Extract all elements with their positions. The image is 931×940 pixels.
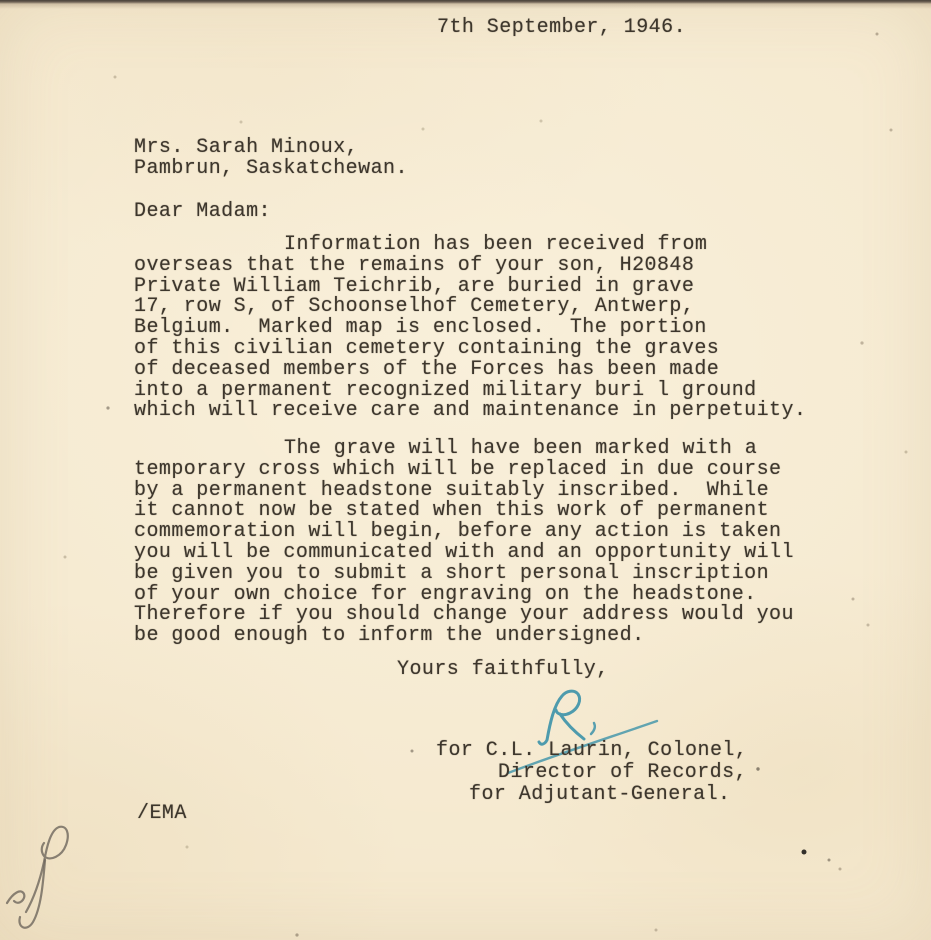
paragraph-line: be good enough to inform the undersigned… (134, 626, 794, 647)
salutation: Dear Madam: (134, 200, 271, 223)
paper-speckles (0, 0, 2, 2)
pencil-scrawl-descender (19, 860, 45, 928)
signatory-line: for C.L. Laurin, Colonel, (436, 739, 747, 762)
paragraph-line: of this civilian cemetery containing the… (134, 339, 806, 360)
recipient-address: Mrs. Sarah Minoux, Pambrun, Saskatchewan… (134, 138, 408, 180)
paragraph-line: you will be communicated with and an opp… (134, 543, 794, 564)
paragraph-line: of deceased members of the Forces has be… (134, 360, 806, 381)
paragraph-line: be given you to submit a short personal … (134, 564, 794, 585)
pencil-scrawl-loop (26, 827, 68, 912)
paragraph-2: The grave will have been marked with a t… (134, 439, 794, 647)
paragraph-line: commemoration will begin, before any act… (134, 522, 794, 543)
paragraph-line: Information has been received from (134, 235, 806, 256)
paragraph-line: overseas that the remains of your son, H… (134, 256, 806, 277)
paragraph-line: Belgium. Marked map is enclosed. The por… (134, 318, 806, 339)
letter-page: 7th September, 1946. Mrs. Sarah Minoux, … (0, 0, 931, 940)
recipient-city: Pambrun, Saskatchewan. (134, 159, 408, 180)
paragraph-line: The grave will have been marked with a (134, 439, 794, 460)
signature-initial-stroke (539, 691, 584, 744)
paragraph-line: temporary cross which will be replaced i… (134, 460, 794, 481)
signatory-title-line: Director of Records, (498, 761, 747, 784)
reference-initials: /EMA (137, 802, 187, 825)
scan-edge-shadow (0, 0, 931, 9)
recipient-name: Mrs. Sarah Minoux, (134, 138, 408, 159)
paragraph-1: Information has been received from overs… (134, 235, 806, 422)
closing-valediction: Yours faithfully, (397, 658, 609, 681)
pencil-scrawl-zigzag (7, 891, 24, 903)
paragraph-line: which will receive care and maintenance … (134, 401, 806, 422)
letter-date: 7th September, 1946. (437, 16, 686, 39)
signature-comma-stroke (591, 723, 595, 734)
signatory-role-line: for Adjutant-General. (469, 783, 731, 806)
